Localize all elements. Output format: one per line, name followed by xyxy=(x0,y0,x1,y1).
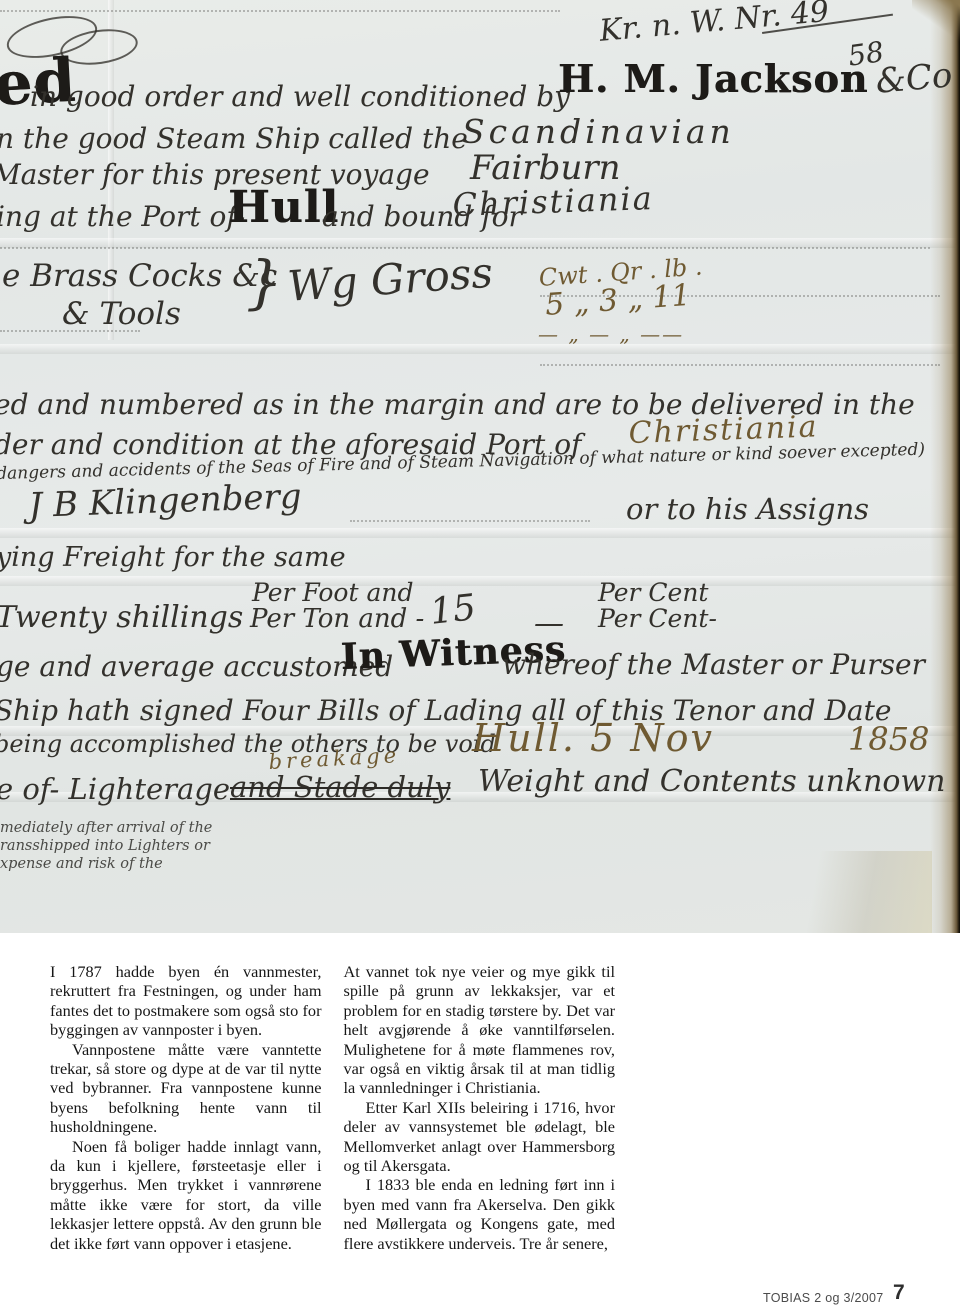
hw-line-whereof: whereof the Master or Purser xyxy=(502,648,925,681)
paragraph: At vannet tok nye veier og mye gikk til … xyxy=(344,962,616,1098)
hw-line-master: Master for this present voyage xyxy=(0,158,430,191)
hw-consignee: J B Klingenberg xyxy=(28,476,302,526)
hw-line-lighterage: e of- Lighterage xyxy=(0,772,230,806)
journal-issue-label: TOBIAS 2 og 3/2007 xyxy=(763,1291,884,1305)
hw-brace: } xyxy=(246,248,283,316)
paragraph: Etter Karl XIIs beleiring i 1716, hvor d… xyxy=(344,1098,616,1176)
fold-line xyxy=(0,528,960,538)
hw-per-ton: Per Ton and - xyxy=(250,604,424,634)
hw-destination: Christiania xyxy=(452,179,654,224)
paragraph: I 1833 ble enda en ledning ført inn i by… xyxy=(344,1175,616,1253)
hw-line-port: ing at the Port of- xyxy=(0,200,245,233)
hw-line-average: ge and average accustomed xyxy=(0,650,393,683)
hw-assigns: or to his Assigns xyxy=(626,492,869,526)
dotted-rule xyxy=(540,364,940,366)
paper-corner-tear xyxy=(912,0,960,42)
paper-shadow xyxy=(717,851,932,933)
hw-line-bills: Ship hath signed Four Bills of Lading al… xyxy=(0,694,891,727)
page-number: 7 xyxy=(893,1281,905,1305)
hw-per-cent-2: Per Cent- xyxy=(598,604,717,633)
hw-ref-number: Kr. n. W. Nr. 49 xyxy=(598,0,830,49)
fold-line xyxy=(0,344,960,354)
hw-line-ship: n the good Steam Ship called the xyxy=(0,122,468,155)
hw-signing-year: 1858 xyxy=(848,720,929,758)
hw-freight-amount: 15 xyxy=(428,587,478,633)
small-print-line-1: mediately after arrival of the xyxy=(0,820,212,836)
hw-line-contents: Weight and Contents unknown xyxy=(478,764,945,799)
hw-struck-text: and Stade duly xyxy=(230,770,450,804)
fold-line xyxy=(0,576,960,586)
hw-line-condition: in good order and well conditioned by xyxy=(30,80,570,113)
hw-line-freight: ying Freight for the same xyxy=(0,542,346,573)
hw-weight-note: Wg Gross xyxy=(286,248,494,311)
magazine-page: Kr. n. W. Nr. 49 58 ed in good order and… xyxy=(0,0,960,1313)
dotted-rule xyxy=(350,520,590,522)
small-print-line-3: xpense and risk of the xyxy=(0,856,163,872)
blackletter-shipper-name: H. M. Jackson xyxy=(558,56,868,101)
hw-line-void: being accomplished the others to be void xyxy=(0,730,496,758)
article-body: I 1787 hadde byen én vannmester, rekrutt… xyxy=(50,962,615,1253)
hw-cargo-line2: & Tools xyxy=(62,296,181,332)
hw-shipper-co: &Co xyxy=(874,55,954,102)
hw-freight-amount-words: Twenty shillings xyxy=(0,600,243,635)
article-column-left: I 1787 hadde byen én vannmester, rekrutt… xyxy=(50,962,322,1253)
paragraph: Vannpostene måtte være vanntette trekar,… xyxy=(50,1040,322,1137)
article-column-right: At vannet tok nye veier og mye gikk til … xyxy=(344,962,616,1253)
hw-weight-rule: — „ — „ —— xyxy=(538,322,684,346)
paragraph: I 1787 hadde byen én vannmester, rekrutt… xyxy=(50,962,322,1040)
small-print-line-2: ransshipped into Lighters or xyxy=(0,838,210,854)
hw-signing-place-date: Hull. 5 Nov xyxy=(472,716,714,760)
dotted-rule xyxy=(0,10,560,12)
hw-per-foot: Per Foot and xyxy=(252,578,413,607)
hw-ship-name: Scandinavian xyxy=(462,112,735,151)
hw-cargo-line1: e Brass Cocks &c xyxy=(2,258,277,294)
scanned-bill-of-lading: Kr. n. W. Nr. 49 58 ed in good order and… xyxy=(0,0,960,933)
paragraph: Noen få boliger hadde innlagt vann, da k… xyxy=(50,1137,322,1253)
hw-per-cent-1: Per Cent xyxy=(598,578,708,607)
